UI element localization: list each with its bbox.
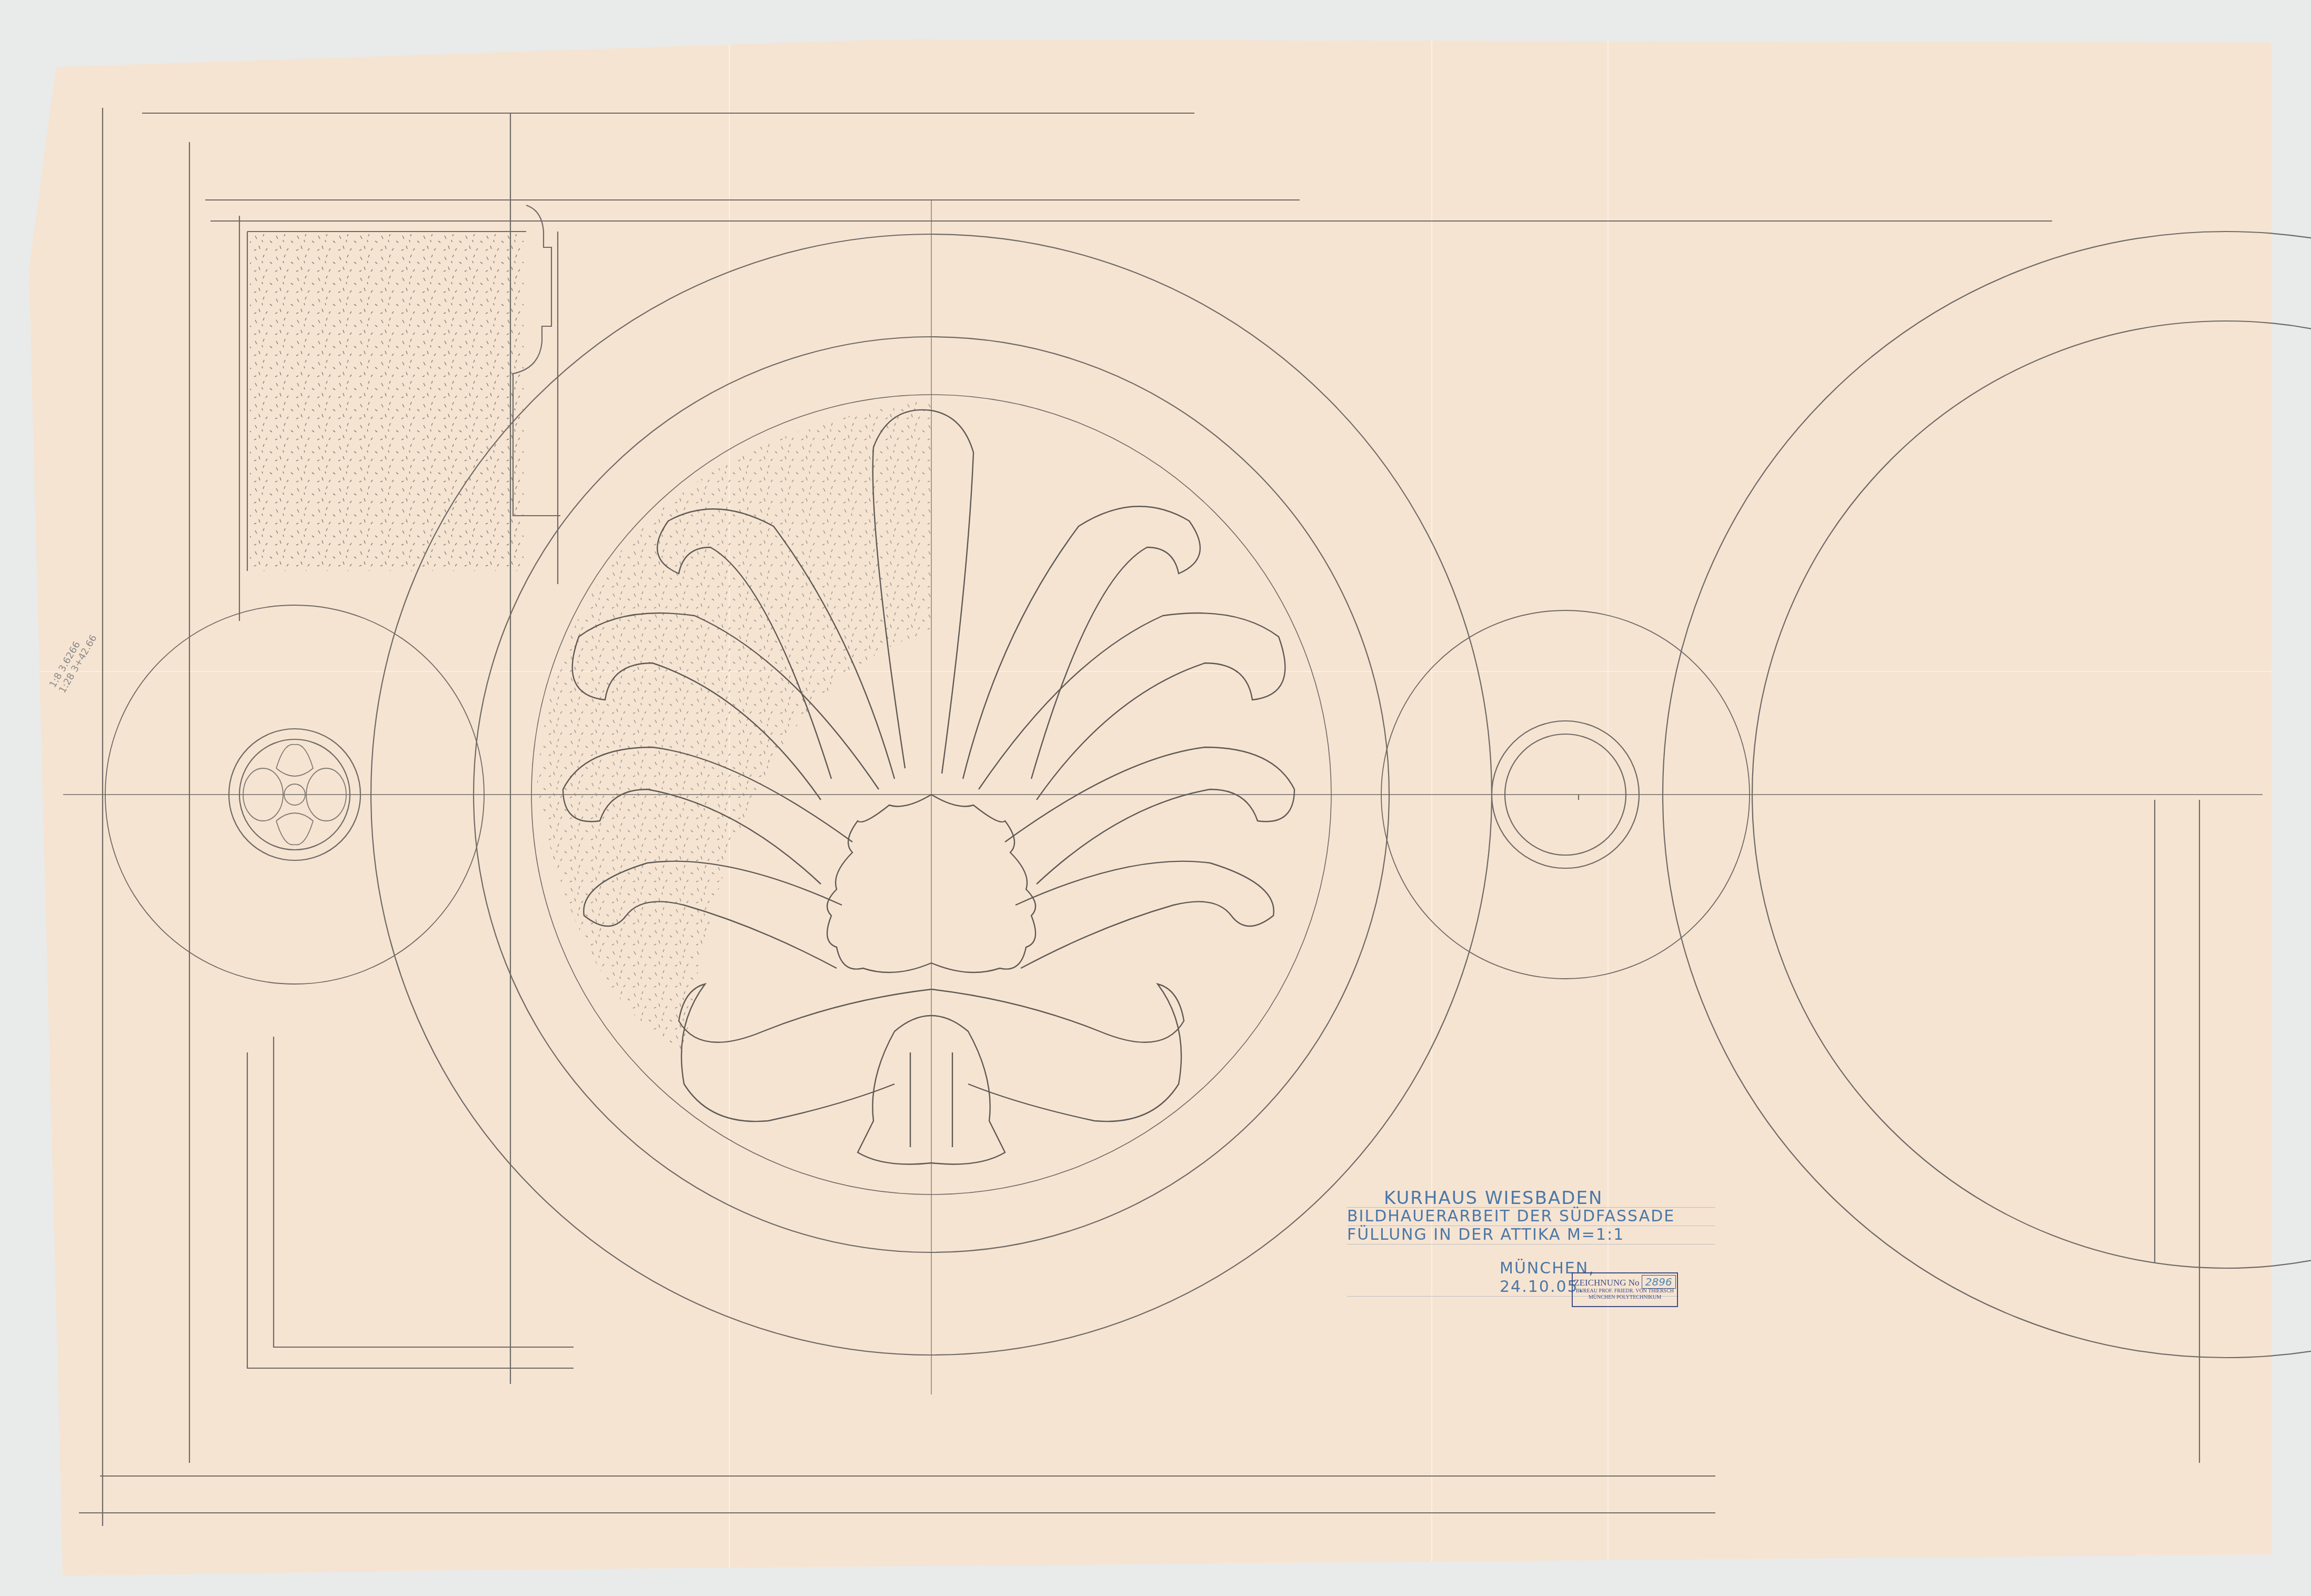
drawing-title: KURHAUS WIESBADEN: [1347, 1189, 1715, 1208]
drawing-subtitle: BILDHAUERARBEIT DER SÜDFASSADE: [1347, 1208, 1715, 1226]
drawing-subtitle-2: FÜLLUNG IN DER ATTIKA M=1:1: [1347, 1226, 1715, 1244]
stippled-ground: [537, 400, 931, 1052]
office-stamp: ZEICHNUNG No 2896 BUREAU PROF. FRIEDR. V…: [1572, 1272, 1678, 1307]
stippled-panel: [250, 234, 524, 571]
architectural-drawing: [0, 0, 2311, 1596]
drawing-number: 2896: [1642, 1275, 1676, 1289]
stamp-office: BUREAU PROF. FRIEDR. VON THIERSCH: [1573, 1288, 1677, 1294]
stamp-location: MÜNCHEN POLYTECHNIKUM: [1573, 1294, 1677, 1301]
stamp-label: ZEICHNUNG No: [1574, 1278, 1639, 1288]
